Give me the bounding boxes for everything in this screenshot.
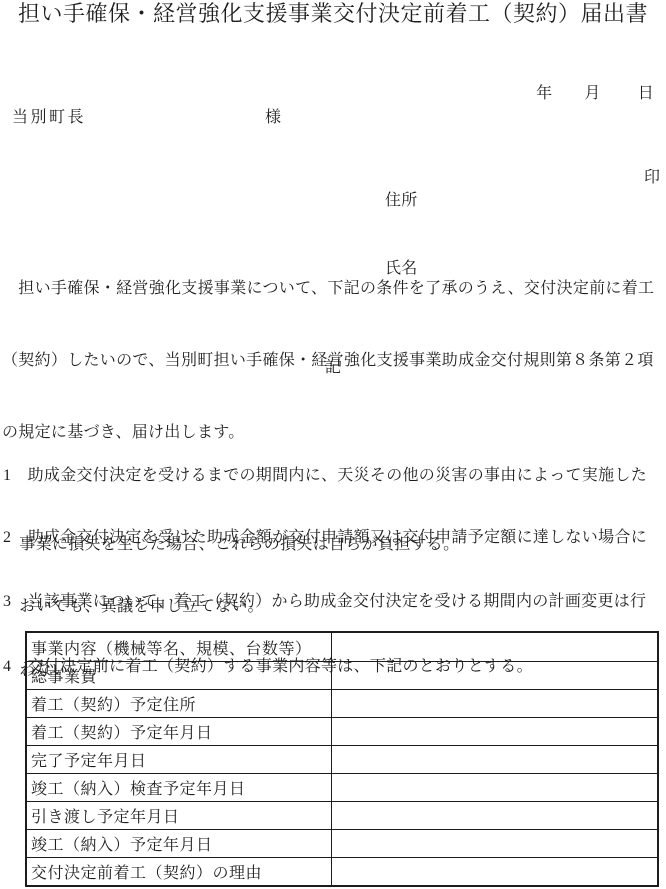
addressee-honorific: 様 (265, 108, 281, 128)
table-row-value (332, 802, 657, 829)
table-row: 引き渡し予定年月日 (27, 801, 657, 829)
table-row-label: 竣工（納入）検査予定年月日 (27, 774, 332, 801)
page-title: 担い手確保・経営強化支援事業交付決定前着工（契約）届出書 (0, 1, 666, 27)
section-mark: 記 (0, 357, 666, 379)
table-row-label: 着工（契約）予定住所 (27, 690, 332, 717)
table-row: 竣工（納入）検査予定年月日 (27, 773, 657, 801)
table-row-label: 着工（契約）予定年月日 (27, 718, 332, 745)
table-row: 着工（契約）予定年月日 (27, 717, 657, 745)
table-row-label: 交付決定前着工（契約）の理由 (27, 858, 332, 885)
table-row: 着工（契約）予定住所 (27, 689, 657, 717)
table-row-value (332, 746, 657, 773)
table-row-value (332, 858, 657, 885)
date-month-label: 月 (584, 85, 600, 102)
table-row: 交付決定前着工（契約）の理由 (27, 857, 657, 885)
table-row-value (332, 718, 657, 745)
table-row-label: 事業内容（機械等名、規模、台数等） (27, 633, 332, 661)
table-row-value (332, 830, 657, 857)
date-day-label: 日 (638, 85, 654, 102)
table-row-label: 総事業費 (27, 662, 332, 689)
addressee-name: 当別町長 (12, 108, 86, 128)
table-row: 完了予定年月日 (27, 745, 657, 773)
table-row: 事業内容（機械等名、規模、台数等） (27, 633, 657, 661)
table-row-value (332, 633, 657, 661)
intro-line: 担い手確保・経営強化支援事業について、下記の条件を了承のうえ、交付決定前に着工 (2, 277, 654, 301)
table-row-label: 竣工（納入）予定年月日 (27, 830, 332, 857)
table-row: 竣工（納入）予定年月日 (27, 829, 657, 857)
table-row-value (332, 774, 657, 801)
date-year-label: 年 (536, 85, 552, 102)
date-line: 年月日 (527, 64, 654, 104)
notification-table: 事業内容（機械等名、規模、台数等） 総事業費 着工（契約）予定住所 着工（契約）… (25, 631, 659, 887)
table-row: 総事業費 (27, 661, 657, 689)
table-row-label: 完了予定年月日 (27, 746, 332, 773)
seal-mark: 印 (644, 167, 660, 189)
table-row-value (332, 690, 657, 717)
table-row-label: 引き渡し予定年月日 (27, 802, 332, 829)
table-row-value (332, 662, 657, 689)
sender-address-label: 住所 (385, 190, 418, 213)
